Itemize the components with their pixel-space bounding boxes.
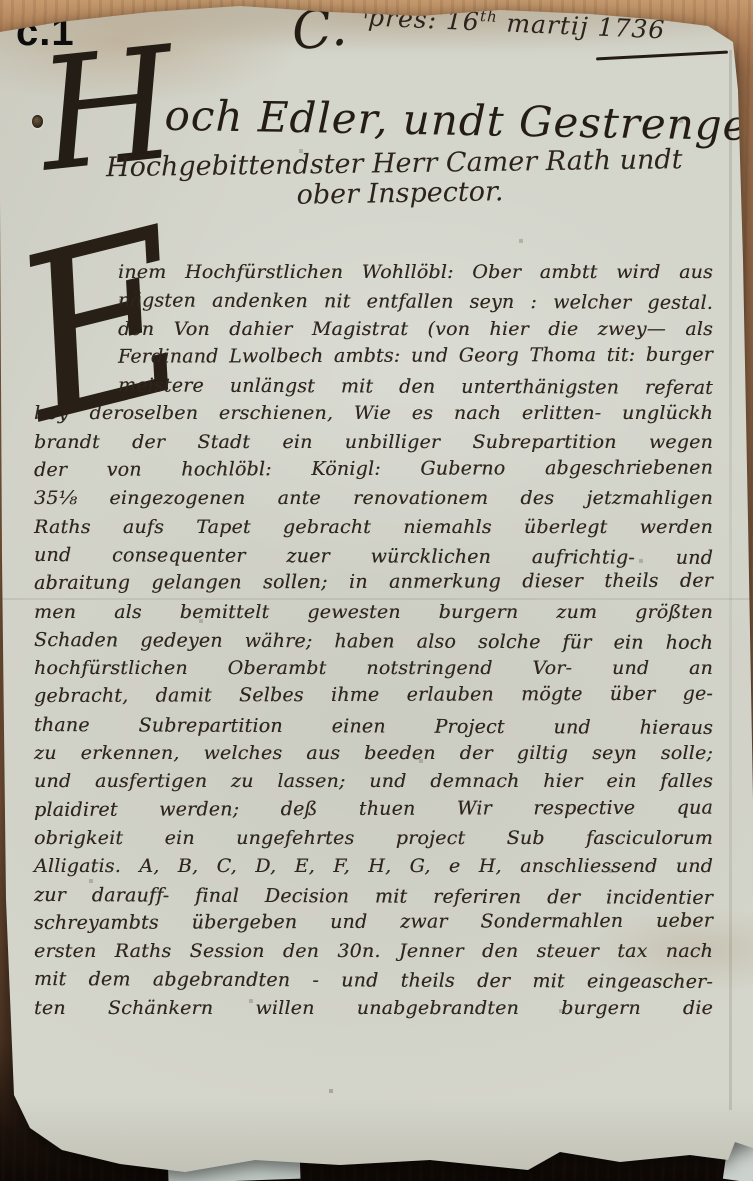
manuscript-line: Raths aufs Tapet gebracht niemahls überl… <box>34 513 713 541</box>
photographed-document: č.1 C. +ʺ pres: 16th martij 1736 H och E… <box>0 0 753 1181</box>
manuscript-body: E inem Hochfürstlichen Wohllöbl: Ober am… <box>34 258 713 1022</box>
paper-specks <box>0 0 2 2</box>
manuscript-line: und ausfertigen zu lassen; und demnach h… <box>34 767 713 795</box>
manuscript-line: meistere unlängst mit den unterthänigste… <box>34 371 713 402</box>
manuscript-line: abraitung gelangen sollen; in anmerkung … <box>34 567 713 598</box>
paper-shadow: č.1 C. +ʺ pres: 16th martij 1736 H och E… <box>0 0 753 1181</box>
manuscript-line: schreyambts übergeben und zwar Sondermah… <box>34 906 713 937</box>
manuscript-line: nägsten andenken nit entfallen seyn : we… <box>34 286 713 317</box>
manuscript-page: č.1 C. +ʺ pres: 16th martij 1736 H och E… <box>0 0 753 1181</box>
manuscript-line: ten Schänkern willen unabgebrandten burg… <box>34 994 713 1022</box>
salutation-line-1-text: och Edler, undt Gestrenger <box>164 45 753 151</box>
manuscript-line: mit dem abgebrandten - und theils der mi… <box>34 965 713 996</box>
presentation-date-prefix: pres: 16 <box>368 2 481 36</box>
manuscript-line: Ferdinand Lwolbech ambts: und Georg Thom… <box>34 341 713 372</box>
presentation-date: pres: 16th martij 1736 <box>368 2 729 47</box>
manuscript-line: ersten Raths Session den 30n. Jenner den… <box>34 937 713 965</box>
manuscript-line: thane Subrepartition einen Project und h… <box>34 711 713 742</box>
manuscript-line: gebracht, damit Selbes ihme erlauben mög… <box>34 680 713 711</box>
manuscript-line: der von hochlöbl: Königl: Guberno abgesc… <box>34 454 713 485</box>
manuscript-line: Schaden gedeyen währe; haben also solche… <box>34 626 713 657</box>
presentation-date-ordinal: th <box>480 7 498 26</box>
vertical-crease <box>729 50 732 1110</box>
manuscript-line: obrigkeit ein ungefehrtes project Sub fa… <box>34 824 713 852</box>
manuscript-line: plaidiret werden; deß thuen Wir respecti… <box>34 793 713 824</box>
manuscript-line: zu erkennen, welches aus beeden der gilt… <box>34 739 713 767</box>
salutation-line-3: ober Inspector. <box>270 176 531 212</box>
manuscript-line: hochfürstlichen Oberambt notstringend Vo… <box>34 654 713 682</box>
manuscript-line: men als bemittelt gewesten burgern zum g… <box>34 598 713 626</box>
presentation-date-suffix: martij 1736 <box>497 8 666 44</box>
manuscript-line: 35⅛ eingezogenen ante renovationem des j… <box>34 484 713 512</box>
manuscript-line: Alligatis. A, B, C, D, E, F, H, G, e H, … <box>34 852 713 880</box>
